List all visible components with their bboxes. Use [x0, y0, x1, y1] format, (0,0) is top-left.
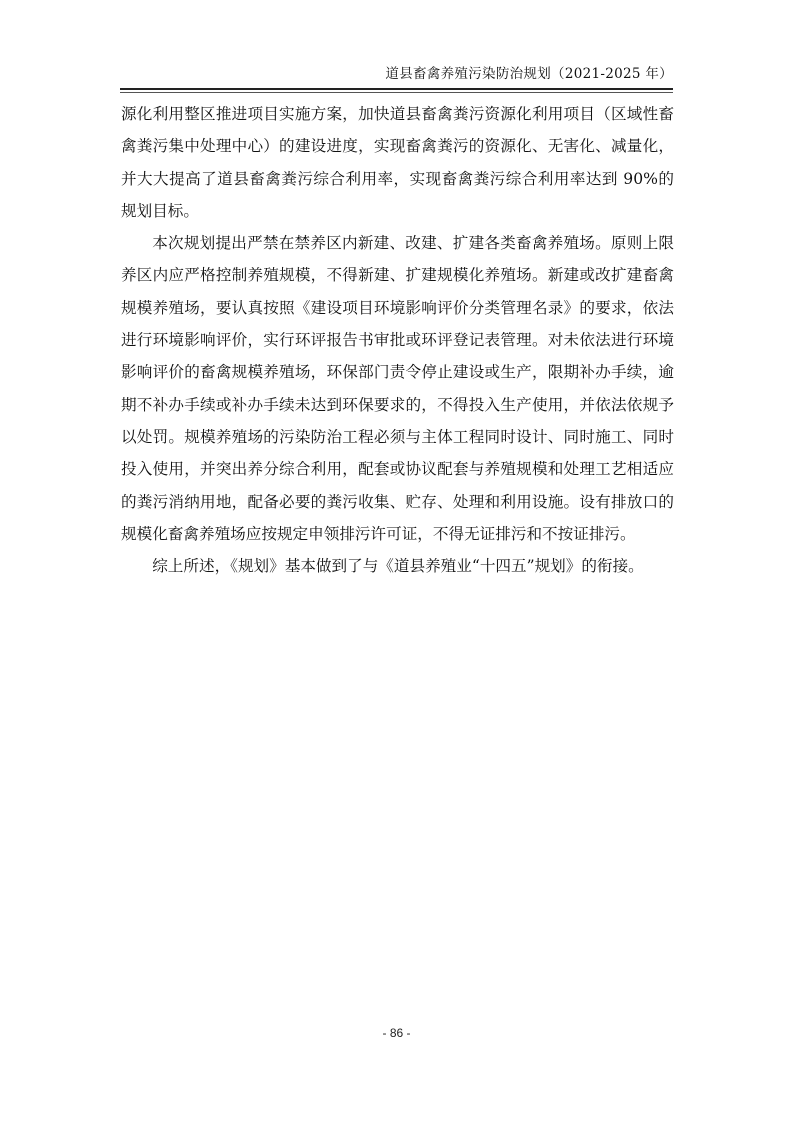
page-number: - 86 -	[0, 1026, 793, 1040]
paragraph-continuation: 源化利用整区推进项目实施方案，加快道县畜禽粪污资源化利用项目（区域性畜禽粪污集中…	[121, 98, 674, 227]
running-header: 道县畜禽养殖污染防治规划（2021-2025 年）	[120, 64, 673, 84]
body-text: 源化利用整区推进项目实施方案，加快道县畜禽粪污资源化利用项目（区域性畜禽粪污集中…	[121, 98, 674, 582]
header-rule-thick	[120, 88, 673, 90]
header-rule-thin	[120, 92, 673, 93]
paragraph-conclusion: 综上所述，《规划》基本做到了与《道县养殖业“十四五”规划》的衔接。	[121, 550, 674, 582]
paragraph-regulation: 本次规划提出严禁在禁养区内新建、改建、扩建各类畜禽养殖场。原则上限养区内应严格控…	[121, 227, 674, 550]
